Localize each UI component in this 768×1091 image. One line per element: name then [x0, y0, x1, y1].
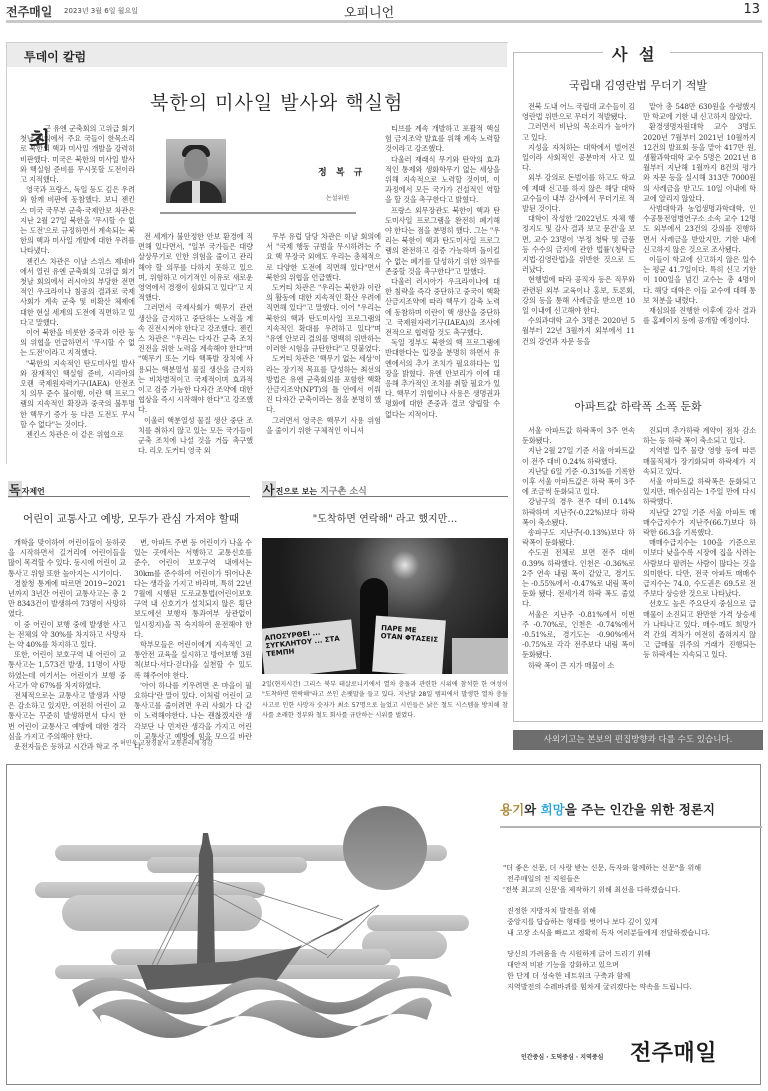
reader-text-1: 개학을 맞이하여 어린이들이 등하굣을 시작하면서 길거리에 어린이들을 많이 …	[8, 538, 126, 752]
ad-motto: 인간중심 · 도덕중심 · 지역중심	[521, 1052, 603, 1061]
ad-paragraph-1: "더 좋은 신문, 더 사랑 받는 신문, 독자와 함께하는 신문"을 위해 전…	[503, 862, 763, 895]
editorial-1-text-2: 맡아 총 548만 630원을 수령했지만 학교에 기한 내 신고하지 않았다.…	[643, 102, 756, 326]
ad-slogan-divider	[500, 826, 762, 828]
author-role: 논설위원	[326, 193, 349, 202]
photo-news-title: "도착하면 연락해" 라고 했지만…	[260, 510, 510, 525]
editorial-header: 사 설	[612, 42, 657, 65]
masthead: 전주매일 2023년 3월 6일 월요일 오피니언 13	[0, 0, 768, 24]
editorial-title-2: 아파트값 하락폭 소폭 둔화	[513, 398, 763, 414]
editorial-2-text-1: 서울 아파트값 하락폭이 3주 연속 둔화됐다. 지난 2월 27일 기준 서울…	[522, 426, 635, 671]
today-column-text-4: 티브를 계속 개발하고 포괄적 핵실험 금지조약 발효를 위해 계속 노력할 것…	[385, 124, 500, 420]
today-column-label: 투데이 칼럼	[24, 48, 86, 65]
editorial-title-1: 국립대 김영란법 무더기 적발	[513, 77, 763, 93]
ad-paragraph-3: 당신의 가려움을 속 시원하게 긁어 드리기 위해 대안적 비판 기능을 강화하…	[503, 948, 763, 992]
author-name: 정 복 규	[318, 165, 365, 178]
protest-photo: ΑΠΟΣΥΡΘΕΙ ... ΣΥΓΚΛΗΤΟΥ ... ΣΤΑ ΤΕΜΠΗ ΠΑ…	[262, 538, 508, 674]
photo-news-rule	[262, 496, 508, 497]
today-column-text-2: 전 세계가 불안정한 안보 환경에 직면해 있다면서, "일부 국가들은 대량 …	[138, 232, 253, 456]
issue-date: 2023년 3월 6일 월요일	[64, 6, 138, 16]
newspaper-logo: 전주매일	[6, 3, 52, 20]
editorial-top-rule-left	[513, 52, 603, 53]
photo-caption: 2일(현지시간) 그리스 북부 테살로니키에서 열차 충돌과 관련한 시위에 참…	[262, 680, 508, 721]
ad-paragraph-2: 진정한 지방자치 발전을 위해 중앙지를 답습하는 형태를 벗어나 보다 깊이 …	[503, 905, 763, 938]
reader-section-rule	[8, 496, 250, 497]
reader-text-2: 변, 아파트 주변 등 어린이가 나올 수 있는 곳에서는 서행하고 교통신호를…	[134, 538, 252, 752]
ad-logo: 전주매일	[630, 1036, 717, 1067]
editorial-2-text-2: 진되며 추가하락 계약이 점차 감소하는 등 하락 폭이 축소되고 있다. 지역…	[643, 426, 756, 661]
author-photo	[166, 139, 226, 203]
editorial-top-rule-right	[670, 52, 763, 53]
reader-article-title: 어린이 교통사고 예방, 모두가 관심 가져야 할때	[6, 511, 256, 526]
page-number: 13	[743, 2, 760, 17]
today-column-text-1: 근 유엔 군축회의 고위급 회기 첫날 회의에서 주요 국들이 한목소리로 북한…	[20, 124, 135, 440]
masthead-divider	[6, 20, 762, 23]
ship-illustration	[7, 765, 477, 1083]
editorial-1-text-1: 전북 도내 어느 국립대 교수들이 김영란법 위반으로 무더기 적발됐다. 그러…	[522, 102, 635, 347]
today-column-text-3: 무부 유럽 담당 차관은 이날 회의에서 "국제 행동 규범을 무시하려는 주요…	[266, 232, 381, 436]
section-title: 오피니언	[344, 2, 394, 21]
ad-slogan: 용기와 희망을 주는 인간을 위한 정론지	[500, 800, 715, 818]
disclaimer-banner: 사외기고는 본보의 편집방향과 다를 수도 있습니다.	[513, 730, 763, 750]
author-divider	[160, 212, 356, 214]
reader-signature: 허민욱 고창경찰서 교통관리계 경감	[120, 738, 213, 747]
today-column-title: 북한의 미사일 발사와 핵실험	[150, 88, 403, 115]
